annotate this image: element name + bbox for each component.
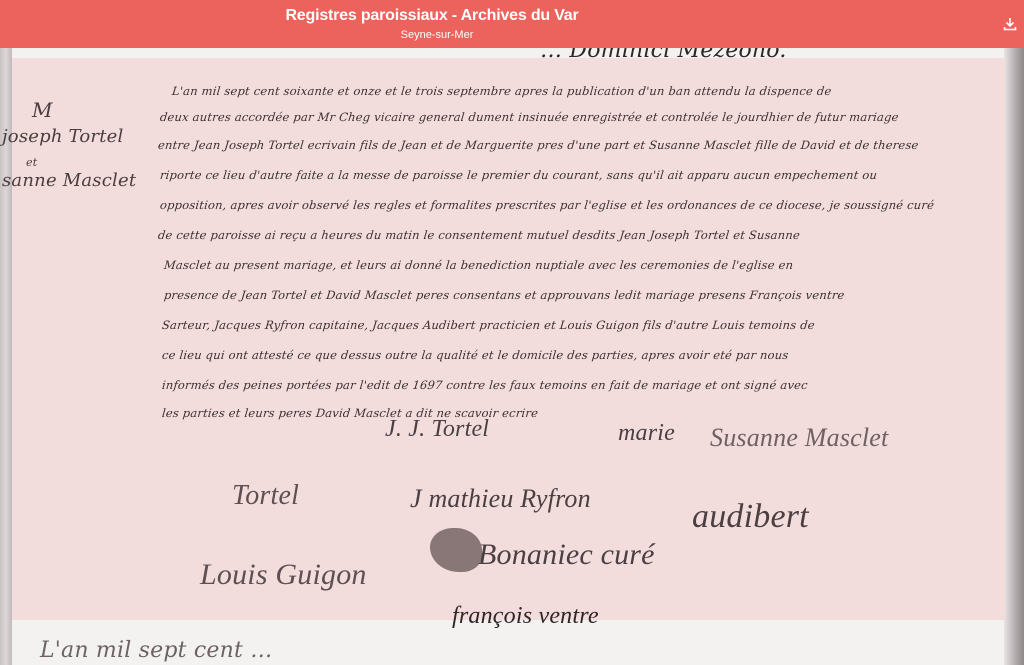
signature: J. J. Tortel xyxy=(385,416,489,443)
record-line: opposition, apres avoir observé les regl… xyxy=(159,198,935,212)
record-line: ce lieu qui ont attesté ce que dessus ou… xyxy=(161,348,789,362)
record-line: Sarteur, Jacques Ryfron capitaine, Jacqu… xyxy=(161,318,815,332)
signature: Susanne Masclet xyxy=(710,423,888,453)
page-edge-right xyxy=(1004,48,1024,665)
record-line: de cette paroisse ai reçu a heures du ma… xyxy=(157,228,800,242)
record-line: entre Jean Joseph Tortel ecrivain fils d… xyxy=(157,138,919,152)
download-icon[interactable] xyxy=(1002,16,1018,32)
signature: J mathieu Ryfron xyxy=(410,484,591,514)
record-line: presence de Jean Tortel et David Masclet… xyxy=(163,288,845,302)
signature: Bonaniec curé xyxy=(478,538,655,572)
record-line: informés des peines portées par l'edit d… xyxy=(161,378,808,392)
signature: Louis Guigon xyxy=(200,558,367,592)
signature: Tortel xyxy=(232,480,299,512)
record-line: deux autres accordée par Mr Cheg vicaire… xyxy=(159,110,899,124)
page-subtitle: Seyne-sur-Mer xyxy=(0,29,1024,41)
signature: françois ventre xyxy=(452,603,599,630)
margin-note-line: joseph Tortel xyxy=(2,126,123,147)
document-scan[interactable]: … Dominici Mezeono. M joseph Tortel et s… xyxy=(0,48,1024,665)
record-line: riporte ce lieu d'autre faite a la messe… xyxy=(159,168,878,182)
signature: audibert xyxy=(692,498,809,536)
margin-note-line: M xyxy=(32,98,53,122)
record-line: Masclet au present mariage, et leurs ai … xyxy=(163,258,794,272)
record-line: L'an mil sept cent soixante et onze et l… xyxy=(171,84,832,98)
margin-note-line: sanne Masclet xyxy=(2,170,136,191)
signature: marie xyxy=(618,420,675,447)
bottom-text-fragment: L'an mil sept cent … xyxy=(40,638,272,663)
page-title: Registres paroissiaux - Archives du Var xyxy=(0,7,1024,25)
margin-note-line: et xyxy=(26,156,37,169)
app-header: Registres paroissiaux - Archives du Var … xyxy=(0,0,1024,48)
